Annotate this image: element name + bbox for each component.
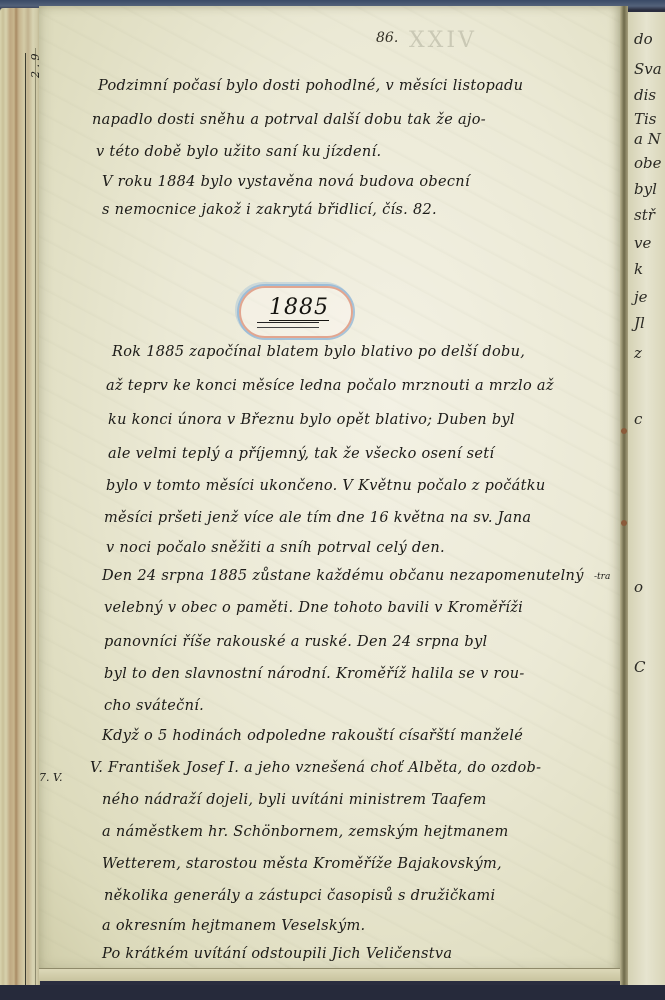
manuscript-line: Wetterem, starostou města Kroměříže Baja… (102, 856, 502, 872)
manuscript-line: v noci počalo sněžiti a sníh potrval cel… (106, 540, 445, 556)
binding-thread (621, 520, 627, 526)
manuscript-line: ného nádraží dojeli, byli uvítáni minist… (102, 792, 487, 808)
manuscript-line: panovníci říše rakouské a ruské. Den 24 … (104, 634, 487, 650)
left-page-stack (0, 8, 40, 993)
next-page-edge: doSvadisTisa NobebylstřvekjeJlzcoC (628, 12, 665, 987)
next-page-fragment: obe (634, 154, 662, 172)
manuscript-line: napadlo dosti sněhu a potrval další dobu… (92, 112, 486, 128)
manuscript-line: Rok 1885 započínal blatem bylo blativo p… (112, 344, 525, 360)
next-page-fragment: C (634, 658, 645, 676)
manuscript-line: až teprv ke konci měsíce ledna počalo mr… (106, 378, 554, 394)
flourish-underline (257, 322, 319, 328)
manuscript-line: v této době bylo užito saní ku jízdení. (96, 144, 381, 160)
main-page: XXIV 86. 1885 Podzimní počasí bylo dosti… (39, 6, 624, 981)
manuscript-line: byl to den slavnostní národní. Kroměříž … (104, 666, 525, 682)
manuscript-line: V roku 1884 bylo vystavěna nová budova o… (102, 174, 470, 190)
page-number: 86. (376, 30, 398, 46)
book-spine-gutter (620, 6, 628, 991)
ghost-page-number: XXIV (409, 28, 477, 53)
next-page-fragment: dis (634, 86, 656, 104)
manuscript-line: velebný v obec o paměti. Dne tohoto bavi… (104, 600, 523, 616)
next-page-fragment: c (634, 410, 642, 428)
binding-thread (621, 428, 627, 434)
margin-rule-secondary (35, 48, 36, 988)
manuscript-line: s nemocnice jakož i zakrytá břidlicí, čí… (102, 202, 437, 218)
next-page-fragment: k (634, 260, 643, 278)
manuscript-line: ale velmi teplý a příjemný, tak že všeck… (108, 446, 494, 462)
manuscript-line: cho sváteční. (104, 698, 204, 714)
manuscript-line: ku konci února v Březnu bylo opět blativ… (108, 412, 515, 428)
manuscript-line: a okresním hejtmanem Veselským. (102, 918, 365, 934)
next-page-fragment: Tis (634, 110, 657, 128)
manuscript-line: Podzimní počasí bylo dosti pohodlné, v m… (98, 78, 523, 94)
next-page-fragment: a N (634, 130, 661, 148)
next-page-fragment: byl (634, 180, 657, 198)
manuscript-line: Den 24 srpna 1885 zůstane každému občanu… (102, 568, 584, 584)
year-heading-cartouche: 1885 (239, 286, 353, 338)
scan-bottom-edge (0, 985, 665, 1000)
manuscript-line: V. František Josef I. a jeho vznešená ch… (90, 760, 541, 776)
manuscript-line: a náměstkem hr. Schönbornem, zemským hej… (102, 824, 509, 840)
next-page-fragment: Jl (634, 314, 645, 332)
next-page-fragment: ve (634, 234, 651, 252)
year-heading: 1885 (269, 295, 329, 321)
manuscript-line: měsíci pršeti jenž více ale tím dne 16 k… (104, 510, 531, 526)
next-page-fragment: stř (634, 206, 655, 224)
superscript-correction: -tra (594, 572, 610, 582)
next-page-fragment: Sva (634, 60, 662, 78)
margin-rule (25, 53, 26, 988)
next-page-fragment: do (634, 30, 653, 48)
manuscript-line: bylo v tomto měsíci ukončeno. V Květnu p… (106, 478, 545, 494)
margin-note: 7. V. (39, 771, 63, 784)
next-page-fragment: o (634, 578, 643, 596)
next-page-fragment: z (634, 344, 642, 362)
manuscript-line: Po krátkém uvítání odstoupili Jich Velič… (102, 946, 452, 962)
manuscript-line: Když o 5 hodinách odpoledne rakouští cís… (102, 728, 523, 744)
manuscript-line: několika generály a zástupci časopisů s … (104, 888, 495, 904)
next-page-fragment: je (634, 288, 648, 306)
